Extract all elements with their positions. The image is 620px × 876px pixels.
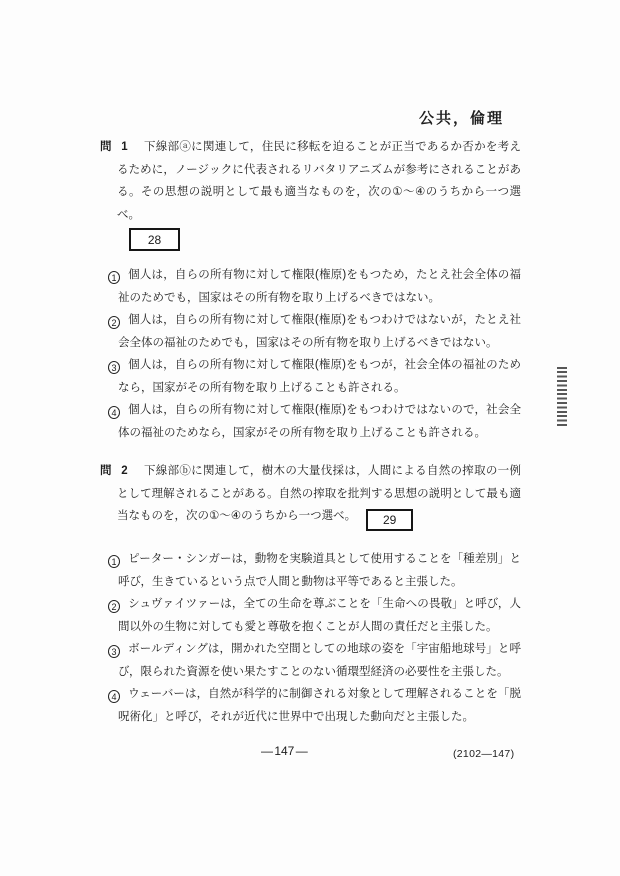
exam-scan-page: 公共，倫理 問 1下線部ⓐに関連して，住民に移転を迫ることが正当であるか否かを考… [0, 0, 620, 876]
answer-box-29-number: 29 [383, 509, 396, 532]
option-text: 個人は，自らの所有物に対して権限(権原)をもつが，社会全体の福祉のためなら，国家… [118, 359, 521, 394]
answer-box-28-number: 28 [148, 233, 161, 247]
question-1-option-1: 1個人は，自らの所有物に対して権限(権原)をもつため，たとえ社会全体の福祉のため… [100, 264, 521, 309]
question-2: 問 2下線部ⓑに関連して，樹木の大量伐採は，人間による自然の搾取の一例として理解… [100, 460, 521, 728]
option-text: シュヴァイツァーは，全ての生命を尊ぶことを「生命への畏敬」と呼び，人間以外の生物… [118, 598, 521, 633]
question-1-text: 下線部ⓐに関連して，住民に移転を迫ることが正当であるか否かを考えるために，ノージ… [117, 141, 521, 221]
circled-3-icon: 3 [108, 645, 120, 658]
page-number: — 147 — [261, 744, 308, 758]
option-text: 個人は，自らの所有物に対して権限(権原)をもつわけではないので，社会全体の福祉の… [118, 404, 521, 439]
question-2-option-1: 1ピーター・シンガーは，動物を実験道具として使用することを「種差別」と呼び，生き… [100, 548, 521, 593]
question-1-prompt: 問 1下線部ⓐに関連して，住民に移転を迫ることが正当であるか否かを考えるために，… [100, 136, 521, 226]
question-2-option-4: 4ウェーバーは，自然が科学的に制御される対象として理解されることを「脱呪術化」と… [100, 683, 521, 728]
option-text: ボールディングは，開かれた空間としての地球の姿を「宇宙船地球号」と呼び，限られた… [118, 643, 521, 678]
question-1: 問 1下線部ⓐに関連して，住民に移転を迫ることが正当であるか否かを考えるために，… [100, 136, 521, 444]
question-2-option-2: 2シュヴァイツァーは，全ての生命を尊ぶことを「生命への畏敬」と呼び，人間以外の生… [100, 593, 521, 638]
circled-2-icon: 2 [108, 600, 120, 613]
question-2-prompt: 問 2下線部ⓑに関連して，樹木の大量伐採は，人間による自然の搾取の一例として理解… [100, 460, 521, 531]
doc-code: (2102—147) [453, 748, 514, 760]
circled-4-icon: 4 [108, 406, 120, 419]
question-1-option-4: 4個人は，自らの所有物に対して権限(権原)をもつわけではないので，社会全体の福祉… [100, 399, 521, 444]
scan-speckle [435, 490, 438, 492]
question-2-text: 下線部ⓑに関連して，樹木の大量伐採は，人間による自然の搾取の一例として理解される… [117, 465, 521, 522]
circled-1-icon: 1 [108, 555, 120, 568]
option-text: ウェーバーは，自然が科学的に制御される対象として理解されることを「脱呪術化」と呼… [118, 688, 521, 723]
exam-content: 問 1下線部ⓐに関連して，住民に移転を迫ることが正当であるか否かを考えるために，… [100, 136, 521, 728]
option-text: 個人は，自らの所有物に対して権限(権原)をもつわけではないが，たとえ社会全体の福… [118, 314, 521, 349]
answer-box-29: 29 [366, 509, 413, 531]
circled-1-icon: 1 [108, 271, 120, 284]
circled-3-icon: 3 [108, 361, 120, 374]
circled-4-icon: 4 [108, 690, 120, 703]
question-2-options: 1ピーター・シンガーは，動物を実験道具として使用することを「種差別」と呼び，生き… [100, 548, 521, 728]
question-2-label: 問 2 [100, 465, 131, 477]
question-1-option-2: 2個人は，自らの所有物に対して権限(権原)をもつわけではないが，たとえ社会全体の… [100, 309, 521, 354]
page-title: 公共，倫理 [419, 107, 504, 128]
question-1-options: 1個人は，自らの所有物に対して権限(権原)をもつため，たとえ社会全体の福祉のため… [100, 264, 521, 444]
option-text: ピーター・シンガーは，動物を実験道具として使用することを「種差別」と呼び，生きて… [118, 553, 521, 588]
question-2-option-3: 3ボールディングは，開かれた空間としての地球の姿を「宇宙船地球号」と呼び，限られ… [100, 638, 521, 683]
option-text: 個人は，自らの所有物に対して権限(権原)をもつため，たとえ社会全体の福祉のためで… [118, 269, 521, 304]
circled-2-icon: 2 [108, 316, 120, 329]
question-1-option-3: 3個人は，自らの所有物に対して権限(権原)をもつが，社会全体の福祉のためなら，国… [100, 354, 521, 399]
answer-box-28: 28 [129, 228, 180, 251]
question-1-label: 問 1 [100, 141, 131, 153]
scan-edge-artifact [557, 367, 567, 426]
